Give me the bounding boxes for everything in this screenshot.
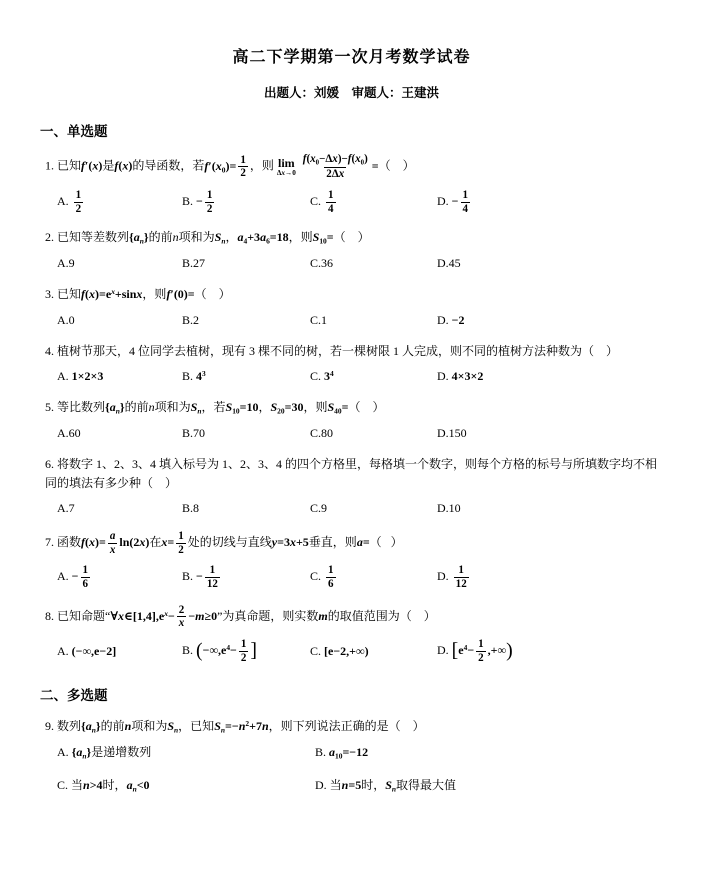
question-1-option-D: D. −14 [437,189,663,215]
question-9-options: A. {an}是递增数列B. a10=−12C. 当n>4时，an<0D. 当n… [40,744,663,795]
question-2-stem: 2. 已知等差数列{an}的前n项和为Sn，a4+3a6=18，则S10=（ ） [40,228,663,247]
question-1-options: A. 12B. −12C. 14D. −14 [40,189,663,215]
question-3-stem: 3. 已知f(x)=ex+sinx，则f′(0)=（ ） [40,285,663,304]
question-8-option-D: D. [e4−12,+∞) [437,638,663,664]
question-9-stem: 9. 数列{an}的前n项和为Sn，已知Sn=−n2+7n，则下列说法正确的是（… [40,717,663,736]
question-7-option-A: A. −16 [57,564,182,590]
question-6-options: A.7B.8C.9D.10 [40,500,663,517]
question-8-option-B: B. (−∞,e4−12] [182,638,310,664]
question-5-option-A: A.60 [57,425,182,442]
question-7-stem: 7. 函数f(x)=axln(2x)在x=12处的切线与直线y=3x+5垂直，则… [40,530,663,556]
question-5-option-B: B.70 [182,425,310,442]
exam-authors: 出题人：刘媛 审题人：王建洪 [40,83,663,101]
page-title: 高二下学期第一次月考数学试卷 [40,44,663,67]
question-6-option-D: D.10 [437,500,663,517]
question-2-option-B: B.27 [182,255,310,272]
question-4-option-B: B. 43 [182,368,310,385]
question-9-option-B: B. a10=−12 [315,744,663,762]
question-4-options: A. 1×2×3B. 43C. 34D. 4×3×2 [40,368,663,385]
section-heading: 一、单选题 [40,120,663,140]
section-heading: 二、多选题 [40,684,663,704]
question-4-option-C: C. 34 [310,368,437,385]
question-3-option-B: B.2 [182,312,310,329]
question-2-option-A: A.9 [57,255,182,272]
exam-body: 一、单选题1. 已知f′(x)是f(x)的导函数，若f′(x0)=12，则lim… [40,120,663,795]
question-3-options: A.0B.2C.1D. −2 [40,312,663,329]
question-5-option-C: C.80 [310,425,437,442]
question-8-option-C: C. [e−2,+∞) [310,643,437,660]
question-5-option-D: D.150 [437,425,663,442]
question-7-option-B: B. −112 [182,564,310,590]
question-7-option-C: C. 16 [310,564,437,590]
question-6-option-A: A.7 [57,500,182,517]
question-4-option-A: A. 1×2×3 [57,368,182,385]
question-9-option-A: A. {an}是递增数列 [57,744,315,762]
question-6-stem: 6. 将数字 1、2、3、4 填入标号为 1、2、3、4 的四个方格里，每格填一… [40,455,663,492]
question-5-stem: 5. 等比数列{an}的前n项和为Sn，若S10=10，S20=30，则S40=… [40,398,663,417]
exam-page: 高二下学期第一次月考数学试卷 出题人：刘媛 审题人：王建洪 一、单选题1. 已知… [0,0,701,877]
question-7-options: A. −16B. −112C. 16D. 112 [40,564,663,590]
question-2-option-C: C.36 [310,255,437,272]
question-2-option-D: D.45 [437,255,663,272]
question-3-option-C: C.1 [310,312,437,329]
question-6-option-C: C.9 [310,500,437,517]
question-9-option-D: D. 当n=5时，Sn取得最大值 [315,777,663,795]
question-9-option-C: C. 当n>4时，an<0 [57,777,315,795]
question-7-option-D: D. 112 [437,564,663,590]
question-4-option-D: D. 4×3×2 [437,368,663,385]
question-2-options: A.9B.27C.36D.45 [40,255,663,272]
question-4-stem: 4. 植树节那天，4 位同学去植树，现有 3 棵不同的树，若一棵树限 1 人完成… [40,342,663,361]
question-8-stem: 8. 已知命题“∀x∈[1,4],ex−2x−m≥0”为真命题，则实数m的取值范… [40,604,663,630]
question-6-option-B: B.8 [182,500,310,517]
question-1-option-A: A. 12 [57,189,182,215]
question-1-option-C: C. 14 [310,189,437,215]
question-8-options: A. (−∞,e−2]B. (−∞,e4−12]C. [e−2,+∞)D. [e… [40,638,663,664]
question-1-option-B: B. −12 [182,189,310,215]
question-3-option-D: D. −2 [437,312,663,329]
question-3-option-A: A.0 [57,312,182,329]
question-8-option-A: A. (−∞,e−2] [57,643,182,660]
question-1-stem: 1. 已知f′(x)是f(x)的导函数，若f′(x0)=12，则limΔx→0f… [40,153,663,181]
question-5-options: A.60B.70C.80D.150 [40,425,663,442]
